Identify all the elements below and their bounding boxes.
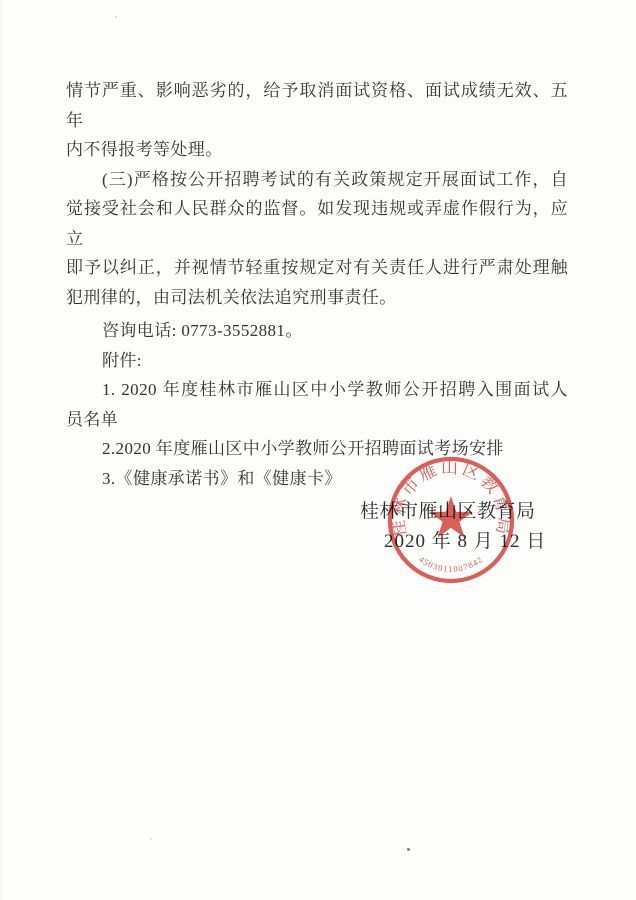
official-seal: 桂林市雁山区教育局 4503011007842 <box>381 450 521 590</box>
scan-speck <box>150 838 152 840</box>
seal-star-icon <box>429 496 473 538</box>
attachments-label: 附件: <box>66 346 568 376</box>
scan-speck <box>407 848 410 851</box>
document-line: 情节严重、影响恶劣的，给予取消面试资格、面试成绩无效、五年 <box>66 76 568 135</box>
document-line: 内不得报考等处理。 <box>66 135 568 165</box>
contact-phone-line: 咨询电话: 0773-3552881。 <box>66 316 568 346</box>
document-line: 觉接受社会和人民群众的监督。如发现违规或弄虚作假行为，应立 <box>66 194 568 253</box>
document-line: 即予以纠正，并视情节轻重按规定对有关责任人进行严肃处理触 <box>66 253 568 283</box>
seal-code: 4503011007842 <box>417 554 485 574</box>
svg-text:4503011007842: 4503011007842 <box>417 554 485 574</box>
scan-speck <box>115 16 117 18</box>
document-page: 情节严重、影响恶劣的，给予取消面试资格、面试成绩无效、五年 内不得报考等处理。 … <box>0 0 636 900</box>
document-line: 犯刑律的，由司法机关依法追究刑事责任。 <box>66 283 568 313</box>
document-body: 情节严重、影响恶劣的，给予取消面试资格、面试成绩无效、五年 内不得报考等处理。 … <box>66 76 568 493</box>
attachment-item-1-cont: 员名单 <box>66 405 568 435</box>
document-line: (三)严格按公开招聘考试的有关政策规定开展面试工作，自 <box>66 165 568 195</box>
attachment-item-1: 1. 2020 年度桂林市雁山区中小学教师公开招聘入围面试人 <box>66 375 568 405</box>
